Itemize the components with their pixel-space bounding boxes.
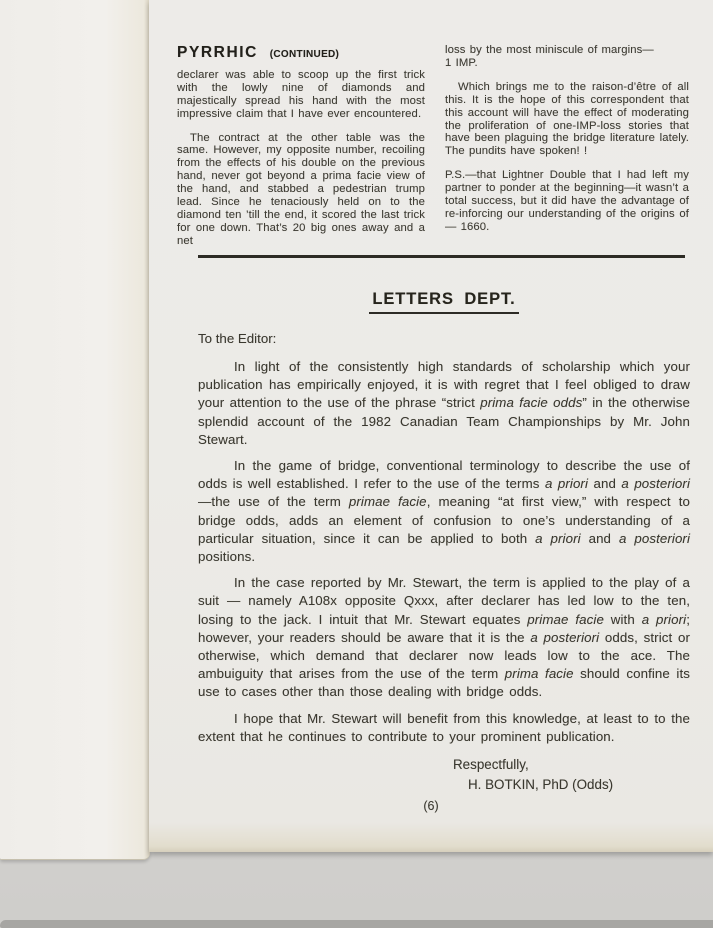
pyrrhic-continued-section: PYRRHIC (CONTINUED) declarer was able to… xyxy=(177,42,689,259)
letter-paragraph: In light of the consistently high standa… xyxy=(198,358,690,449)
magazine-page: PYRRHIC (CONTINUED) declarer was able to… xyxy=(149,0,713,852)
letter-closing-block: Respectfully, H. BOTKIN, PhD (Odds) xyxy=(198,755,690,795)
letters-dept-heading-text: LETTERS DEPT. xyxy=(369,290,518,314)
letter-paragraph: I hope that Mr. Stewart will benefit fro… xyxy=(198,710,690,746)
table-surface-edge xyxy=(0,920,713,928)
pyrrhic-paragraph: declarer was able to scoop up the first … xyxy=(177,69,425,121)
pyrrhic-paragraph: Which brings me to the raison-d’être of … xyxy=(445,81,689,158)
pyrrhic-paragraph: P.S.—that Lightner Double that I had lef… xyxy=(445,169,689,234)
letter-salutation: To the Editor: xyxy=(198,331,690,346)
letters-dept-section: LETTERS DEPT. To the Editor: In light of… xyxy=(198,275,690,795)
photo-background: PYRRHIC (CONTINUED) declarer was able to… xyxy=(0,0,713,928)
letters-dept-heading: LETTERS DEPT. xyxy=(198,275,690,314)
pyrrhic-paragraph: loss by the most miniscule of margins—1 … xyxy=(445,44,689,70)
pyrrhic-paragraph: The contract at the other table was the … xyxy=(177,132,425,248)
pyrrhic-right-column: loss by the most miniscule of margins—1 … xyxy=(445,42,689,259)
pyrrhic-heading: PYRRHIC (CONTINUED) xyxy=(177,42,425,62)
section-divider-rule xyxy=(198,255,685,258)
page-number: (6) xyxy=(149,799,713,813)
under-page-sheet-edge xyxy=(0,0,150,860)
closing-respectfully: Respectfully, xyxy=(453,755,690,775)
signature-name: H. BOTKIN, PhD (Odds) xyxy=(468,775,690,795)
pyrrhic-continued-label: (CONTINUED) xyxy=(270,49,339,60)
pyrrhic-title: PYRRHIC xyxy=(177,44,258,61)
letter-paragraph: In the case reported by Mr. Stewart, the… xyxy=(198,574,690,701)
letter-paragraph: In the game of bridge, conventional term… xyxy=(198,457,690,566)
pyrrhic-left-column: PYRRHIC (CONTINUED) declarer was able to… xyxy=(177,42,425,259)
